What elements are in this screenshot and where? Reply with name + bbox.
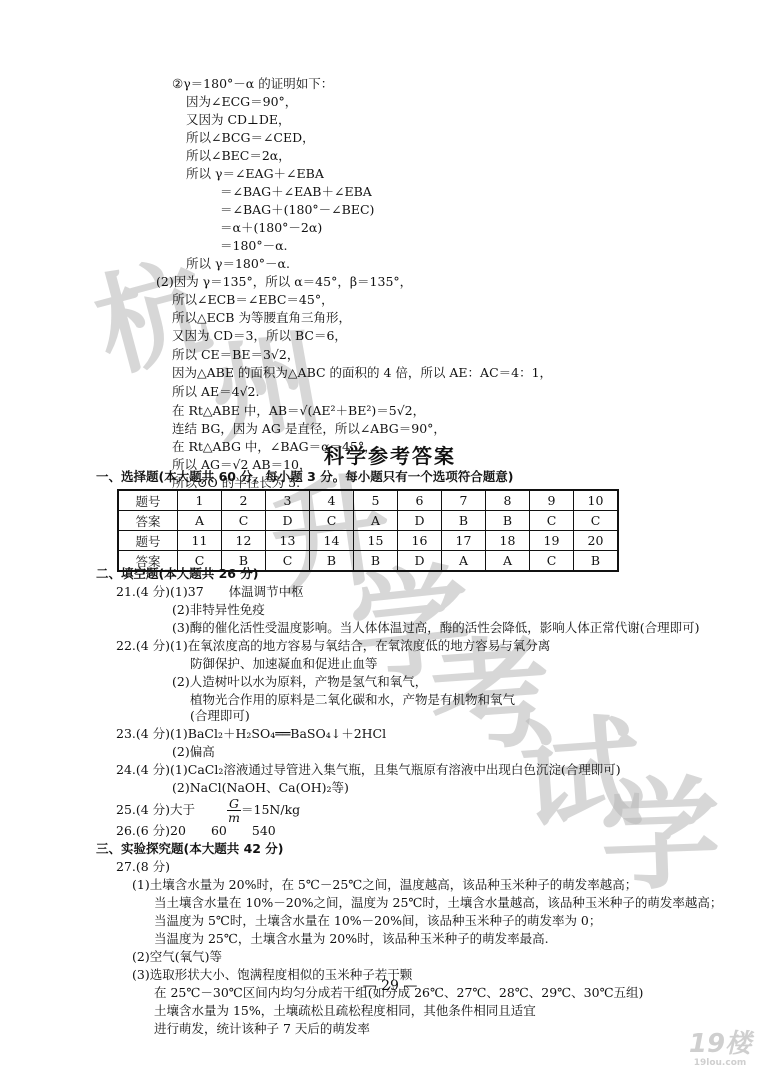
site-logo: 19楼 19lou.com xyxy=(680,1030,760,1074)
cell: 14 xyxy=(310,531,354,551)
cell: D xyxy=(266,511,310,531)
cell: B xyxy=(354,551,398,572)
cell: D xyxy=(398,511,442,531)
cell: 7 xyxy=(442,490,486,511)
section1-heading: 一、选择题(本大题共 60 分，每小题 3 分。每小题只有一个选项符合题意) xyxy=(96,469,513,485)
cell: B xyxy=(574,551,619,572)
text-line: (2)NaCl(NaOH、Ca(OH)₂等) xyxy=(172,780,349,796)
text-line: 防御保护、加速凝血和促进止血等 xyxy=(190,656,378,672)
text-line: 进行萌发，统计该种子 7 天后的萌发率 xyxy=(154,1021,370,1037)
table-row-numbers-1: 题号 1 2 3 4 5 6 7 8 9 10 xyxy=(118,490,618,511)
text-line: 21.(4 分)(1)37 体温调节中枢 xyxy=(116,584,304,600)
cell: 9 xyxy=(530,490,574,511)
cell: C xyxy=(222,511,266,531)
cell: A xyxy=(442,551,486,572)
document-page: 杭 州 升 学 考 试 学 ②γ＝180°－α 的证明如下：因为∠ECG＝90°… xyxy=(0,0,780,1078)
text-line: 所以 γ＝180°－α. xyxy=(186,256,290,272)
cell: 10 xyxy=(574,490,619,511)
section3-heading: 三、实验探究题(本大题共 42 分) xyxy=(96,841,284,857)
text-line: 23.(4 分)(1)BaCl₂＋H₂SO₄══BaSO₄↓＋2HCl xyxy=(116,726,386,742)
table-row-numbers-2: 题号 11 12 13 14 15 16 17 18 19 20 xyxy=(118,531,618,551)
text-line: (2)空气(氧气)等 xyxy=(132,949,222,965)
cell: C xyxy=(530,551,574,572)
text-line: 当土壤含水量在 10%－20%之间，温度为 25℃时，土壤含水量越高，该品种玉米… xyxy=(154,895,722,911)
text-line: 所以△ECB 为等腰直角三角形， xyxy=(172,310,351,326)
row-label: 题号 xyxy=(118,531,178,551)
text-line: 所以 CE＝BE＝3√2， xyxy=(172,347,299,363)
text-line: ＝180°－α. xyxy=(220,238,288,254)
table-row-answers-1: 答案 A C D C A D B B C C xyxy=(118,511,618,531)
cell: 16 xyxy=(398,531,442,551)
cell: 19 xyxy=(530,531,574,551)
text-line: (2)因为 γ＝135°，所以 α＝45°，β＝135°， xyxy=(156,274,412,290)
text-line: 又因为 CD⊥DE， xyxy=(186,112,290,128)
cell: 18 xyxy=(486,531,530,551)
row-label: 题号 xyxy=(118,490,178,511)
cell: 12 xyxy=(222,531,266,551)
cell: 15 xyxy=(354,531,398,551)
text-line: 27.(8 分) xyxy=(116,859,170,875)
cell: 11 xyxy=(178,531,222,551)
cell: 2 xyxy=(222,490,266,511)
cell: C xyxy=(310,511,354,531)
text-line: (1)土壤含水量为 20%时，在 5℃－25℃之间，温度越高，该品种玉米种子的萌… xyxy=(132,877,637,893)
fraction-numerator: G xyxy=(227,797,241,811)
choice-answer-table: 题号 1 2 3 4 5 6 7 8 9 10 答案 A C D C A D B… xyxy=(117,489,619,572)
cell: A xyxy=(178,511,222,531)
text-line: 所以 γ＝∠EAG＋∠EBA xyxy=(186,166,324,182)
section2-heading: 二、填空题(本大题共 26 分) xyxy=(96,566,259,582)
q25-suffix: ＝15N/kg xyxy=(241,802,300,817)
cell: 4 xyxy=(310,490,354,511)
logo-url: 19lou.com xyxy=(680,1058,760,1068)
cell: D xyxy=(398,551,442,572)
text-line: 植物光合作用的原料是二氧化碳和水，产物是有机物和氧气 xyxy=(190,692,515,708)
text-line: 因为∠ECG＝90°， xyxy=(186,94,297,110)
cell: 1 xyxy=(178,490,222,511)
fraction-denominator: m xyxy=(227,811,241,824)
text-line: ＝∠BAG＋(180°－∠BEC) xyxy=(220,202,374,218)
fraction-g-over-m: G m xyxy=(227,797,241,824)
page-number: — 29 — xyxy=(0,978,780,994)
cell: 8 xyxy=(486,490,530,511)
science-answer-title: 科学参考答案 xyxy=(0,440,780,469)
text-line: 24.(4 分)(1)CaCl₂溶液通过导管进入集气瓶，且集气瓶原有溶液中出现白… xyxy=(116,762,621,778)
text-line: 因为△ABE 的面积为△ABC 的面积的 4 倍，所以 AE：AC＝4：1， xyxy=(172,365,552,381)
text-line: ＝∠BAG＋∠EAB＋∠EBA xyxy=(220,184,372,200)
text-line: 所以∠BCG＝∠CED， xyxy=(186,130,315,146)
q25-prefix: 25.(4 分)大于 xyxy=(116,802,195,817)
q25-answer: 25.(4 分)大于 G m ＝15N/kg xyxy=(116,797,300,824)
cell: A xyxy=(486,551,530,572)
text-line: (合理即可) xyxy=(190,708,250,724)
text-line: 当温度为 5℃时，土壤含水量在 10%－20%间，该品种玉米种子的萌发率为 0； xyxy=(154,913,601,929)
cell: C xyxy=(266,551,310,572)
text-line: ②γ＝180°－α 的证明如下： xyxy=(172,76,333,92)
cell: 5 xyxy=(354,490,398,511)
cell: 13 xyxy=(266,531,310,551)
text-line: 26.(6 分)20 60 540 xyxy=(116,823,276,839)
text-line: 所以 AE＝4√2. xyxy=(172,384,259,400)
text-line: ＝α＋(180°－2α) xyxy=(220,220,322,236)
cell: 3 xyxy=(266,490,310,511)
cell: B xyxy=(486,511,530,531)
text-line: (2)人造树叶以水为原料，产物是氢气和氧气， xyxy=(172,674,427,690)
text-line: 22.(4 分)(1)在氧浓度高的地方容易与氧结合，在氧浓度低的地方容易与氧分离 xyxy=(116,638,550,654)
text-line: 所以∠BEC＝2α， xyxy=(186,148,291,164)
text-line: 又因为 CD＝3，所以 BC＝6， xyxy=(172,328,347,344)
text-line: 土壤含水量为 15%，土壤疏松且疏松程度相同，其他条件相同且适宜 xyxy=(154,1003,536,1019)
logo-mark: 19楼 xyxy=(680,1030,760,1058)
text-line: (2)偏高 xyxy=(172,744,215,760)
cell: A xyxy=(354,511,398,531)
text-line: 连结 BG，因为 AG 是直径，所以∠ABG＝90°， xyxy=(172,421,446,437)
text-line: 所以∠ECB＝∠EBC＝45°， xyxy=(172,292,334,308)
cell: C xyxy=(574,511,619,531)
cell: 6 xyxy=(398,490,442,511)
text-line: (2)非特异性免疫 xyxy=(172,602,265,618)
cell: 17 xyxy=(442,531,486,551)
cell: B xyxy=(442,511,486,531)
text-line: 当温度为 25℃，土壤含水量为 20%时，该品种玉米种子的萌发率最高. xyxy=(154,931,549,947)
text-line: (3)酶的催化活性受温度影响。当人体体温过高，酶的活性会降低，影响人体正常代谢(… xyxy=(172,620,699,636)
cell: C xyxy=(530,511,574,531)
text-line: 在 Rt△ABE 中，AB＝√(AE²＋BE²)＝5√2， xyxy=(172,403,425,419)
cell: B xyxy=(310,551,354,572)
row-label: 答案 xyxy=(118,511,178,531)
cell: 20 xyxy=(574,531,619,551)
